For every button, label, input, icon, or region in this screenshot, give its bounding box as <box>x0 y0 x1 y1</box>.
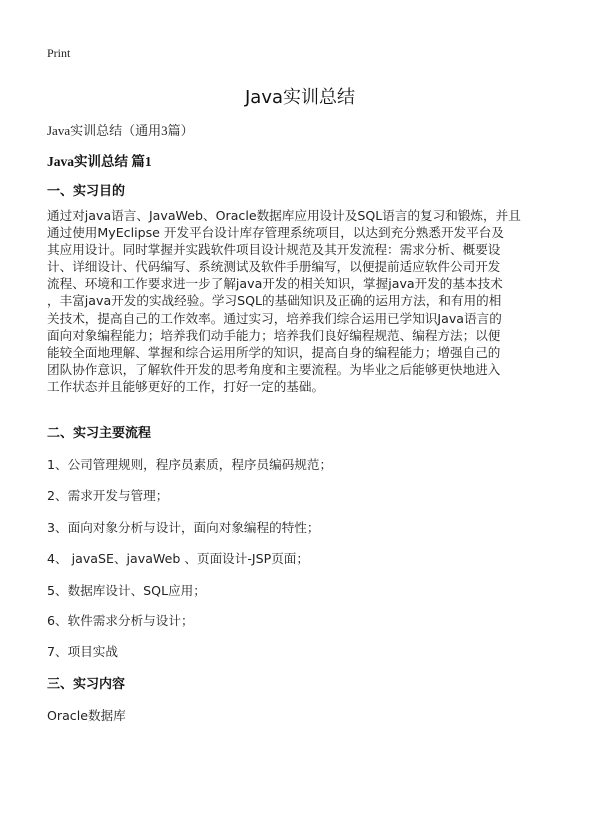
section-heading-content: 三、实习内容 <box>47 673 125 692</box>
paragraph-line: 面向对象编程能力；培养我们动手能力；培养我们良好编程规范、编程方法；以便 <box>47 327 557 344</box>
paragraph-line: 计、详细设计、代码编写、系统测试及软件手册编写，以便提前适应软件公司开发 <box>47 258 557 275</box>
list-item: 5、数据库设计、SQL应用； <box>47 580 206 599</box>
paragraph-line: 通过对java语言、JavaWeb、Oracle数据库应用设计及SQL语言的复习… <box>47 207 557 224</box>
paragraph-line: ，丰富java开发的实战经验。学习SQL的基础知识及正确的运用方法，和有用的相 <box>47 292 557 309</box>
list-item: 2、需求开发与管理； <box>47 485 168 504</box>
paragraph-line: 能较全面地理解、掌握和综合运用所学的知识，提高自身的编程能力；增强自己的 <box>47 344 557 361</box>
list-item: 7、项目实战 <box>47 641 118 660</box>
paragraph-line: 通过使用MyEclipse 开发平台设计库存管理系统项目，以达到充分熟悉开发平台… <box>47 224 557 241</box>
list-item: 4、 javaSE、javaWeb 、页面设计-JSP页面； <box>47 548 309 567</box>
section-heading-purpose: 一、实习目的 <box>47 180 125 199</box>
paragraph-line: 流程、环境和工作要求进一步了解java开发的相关知识，掌握java开发的基本技术 <box>47 275 557 292</box>
print-label: Print <box>47 46 70 61</box>
list-item: Oracle数据库 <box>47 705 126 724</box>
document-title: Java实训总结 <box>0 83 600 109</box>
part-heading: Java实训总结 篇1 <box>47 150 152 170</box>
section-heading-process: 二、实习主要流程 <box>47 422 151 441</box>
list-item: 3、面向对象分析与设计，面向对象编程的特性； <box>47 517 319 536</box>
list-item: 1、公司管理规则，程序员素质，程序员编码规范； <box>47 454 332 473</box>
document-subtitle: Java实训总结（通用3篇） <box>47 120 194 139</box>
paragraph-line: 工作状态并且能够更好的工作，打好一定的基础。 <box>47 378 557 395</box>
paragraph-line: 团队协作意识，了解软件开发的思考角度和主要流程。为毕业之后能够更快地进入 <box>47 361 557 378</box>
paragraph-line: 其应用设计。同时掌握并实践软件项目设计规范及其开发流程：需求分析、概要设 <box>47 241 557 258</box>
purpose-paragraph: 通过对java语言、JavaWeb、Oracle数据库应用设计及SQL语言的复习… <box>47 207 557 395</box>
list-item: 6、软件需求分析与设计； <box>47 610 194 629</box>
paragraph-line: 关技术，提高自己的工作效率。通过实习，培养我们综合运用已学知识Java语言的 <box>47 310 557 327</box>
document-page: Print Java实训总结 Java实训总结（通用3篇） Java实训总结 篇… <box>0 0 600 828</box>
